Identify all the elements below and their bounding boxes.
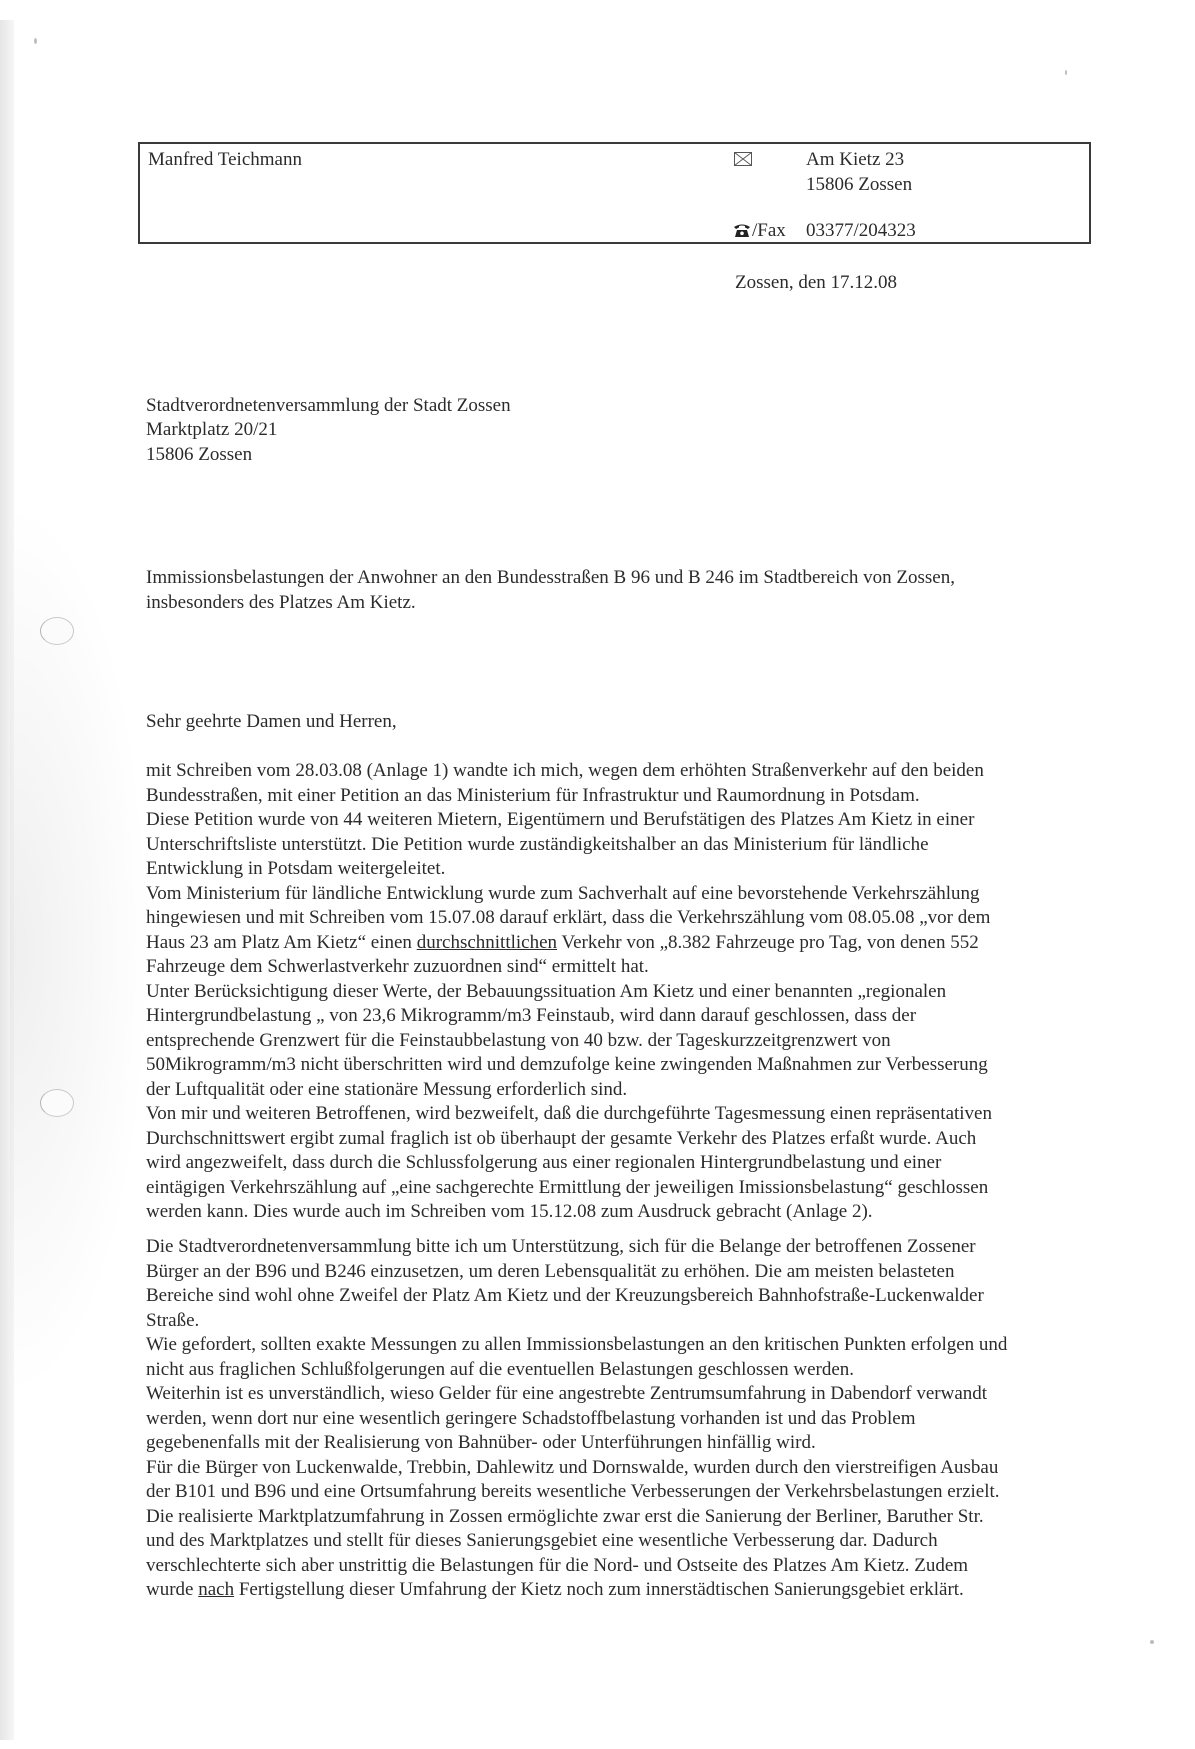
- body-text: Haus 23 am Platz Am Kietz“ einen: [146, 932, 417, 953]
- punch-hole-bottom: [40, 1089, 74, 1117]
- body-line: werden, wenn dort nur eine wesentlich ge…: [146, 1407, 1086, 1432]
- body-line: Durchschnittswert ergibt zumal fraglich …: [146, 1127, 1086, 1152]
- sender-street: Am Kietz 23: [806, 148, 904, 172]
- body-line: Entwicklung in Potsdam weitergeleitet.: [146, 857, 1086, 882]
- body-line: der Luftqualität oder eine stationäre Me…: [146, 1078, 1086, 1103]
- body-line: Weiterhin ist es unverständlich, wieso G…: [146, 1382, 1086, 1407]
- body-line: Vom Ministerium für ländliche Entwicklun…: [146, 882, 1086, 907]
- body-line: und des Marktplatzes und stellt für dies…: [146, 1529, 1086, 1554]
- underlined-emphasis: durchschnittlichen: [417, 932, 557, 953]
- phone-fax-label: /Fax: [752, 219, 786, 243]
- body-line: der B101 und B96 und eine Ortsumfahrung …: [146, 1480, 1086, 1505]
- body-paragraph-block-2: Die Stadtverordnetenversammlung bitte ic…: [146, 1235, 1086, 1603]
- body-line: Unter Berücksichtigung dieser Werte, der…: [146, 980, 1086, 1005]
- body-text: Fertigstellung dieser Umfahrung der Kiet…: [234, 1579, 964, 1600]
- body-line: Wie gefordert, sollten exakte Messungen …: [146, 1333, 1086, 1358]
- telephone-icon: [733, 222, 751, 238]
- body-line: Bürger an der B96 und B246 einzusetzen, …: [146, 1260, 1086, 1285]
- scan-speck: [1065, 70, 1067, 75]
- body-text: Verkehr von „8.382 Fahrzeuge pro Tag, vo…: [557, 932, 979, 953]
- body-line: Bundesstraßen, mit einer Petition an das…: [146, 784, 1086, 809]
- salutation: Sehr geehrte Damen und Herren,: [146, 710, 397, 734]
- body-line: nicht aus fraglichen Schlußfolgerungen a…: [146, 1358, 1086, 1383]
- letter-date: Zossen, den 17.12.08: [735, 271, 897, 295]
- sender-name: Manfred Teichmann: [148, 148, 302, 172]
- sender-header-box: Manfred Teichmann Am Kietz 23 15806 Zoss…: [138, 142, 1091, 244]
- punch-hole-top: [40, 617, 74, 645]
- recipient-line: 15806 Zossen: [146, 443, 252, 467]
- body-line: Diese Petition wurde von 44 weiteren Mie…: [146, 808, 1086, 833]
- phone-fax-number: 03377/204323: [806, 219, 916, 243]
- body-paragraph-block-1: mit Schreiben vom 28.03.08 (Anlage 1) wa…: [146, 759, 1086, 1225]
- body-line: Von mir und weiteren Betroffenen, wird b…: [146, 1102, 1086, 1127]
- body-line: Hintergrundbelastung „ von 23,6 Mikrogra…: [146, 1004, 1086, 1029]
- recipient-line: Marktplatz 20/21: [146, 418, 277, 442]
- body-line: mit Schreiben vom 28.03.08 (Anlage 1) wa…: [146, 759, 1086, 784]
- body-line: Unterschriftsliste unterstützt. Die Peti…: [146, 833, 1086, 858]
- body-line: gegebenenfalls mit der Realisierung von …: [146, 1431, 1086, 1456]
- body-line: Bereiche sind wohl ohne Zweifel der Plat…: [146, 1284, 1086, 1309]
- body-line: wurde nach Fertigstellung dieser Umfahru…: [146, 1578, 1086, 1603]
- body-line: Straße.: [146, 1309, 1086, 1334]
- body-line: verschlechterte sich aber unstrittig die…: [146, 1554, 1086, 1579]
- underlined-emphasis: nach: [198, 1579, 234, 1600]
- subject-line: Immissionsbelastungen der Anwohner an de…: [146, 566, 955, 590]
- body-line: Die realisierte Marktplatzumfahrung in Z…: [146, 1505, 1086, 1530]
- sender-city: 15806 Zossen: [806, 173, 912, 197]
- envelope-icon: [734, 152, 752, 166]
- scanned-letter-page: Manfred Teichmann Am Kietz 23 15806 Zoss…: [0, 0, 1195, 1749]
- body-line: hingewiesen und mit Schreiben vom 15.07.…: [146, 906, 1086, 931]
- body-line: wird angezweifelt, dass durch die Schlus…: [146, 1151, 1086, 1176]
- scan-speck: [34, 38, 37, 44]
- body-line: Die Stadtverordnetenversammlung bitte ic…: [146, 1235, 1086, 1260]
- body-line: entsprechende Grenzwert für die Feinstau…: [146, 1029, 1086, 1054]
- recipient-line: Stadtverordnetenversammlung der Stadt Zo…: [146, 394, 511, 418]
- body-text: wurde: [146, 1579, 198, 1600]
- body-line: Für die Bürger von Luckenwalde, Trebbin,…: [146, 1456, 1086, 1481]
- body-line: eintägigen Verkehrszählung auf „eine sac…: [146, 1176, 1086, 1201]
- scan-speck: [1150, 1640, 1154, 1644]
- body-line: 50Mikrogramm/m3 nicht überschritten wird…: [146, 1053, 1086, 1078]
- body-line: Fahrzeuge dem Schwerlastverkehr zuzuordn…: [146, 955, 1086, 980]
- body-line: Haus 23 am Platz Am Kietz“ einen durchsc…: [146, 931, 1086, 956]
- subject-line: insbesonders des Platzes Am Kietz.: [146, 591, 416, 615]
- scan-shading: [10, 500, 150, 1400]
- body-line: werden kann. Dies wurde auch im Schreibe…: [146, 1200, 1086, 1225]
